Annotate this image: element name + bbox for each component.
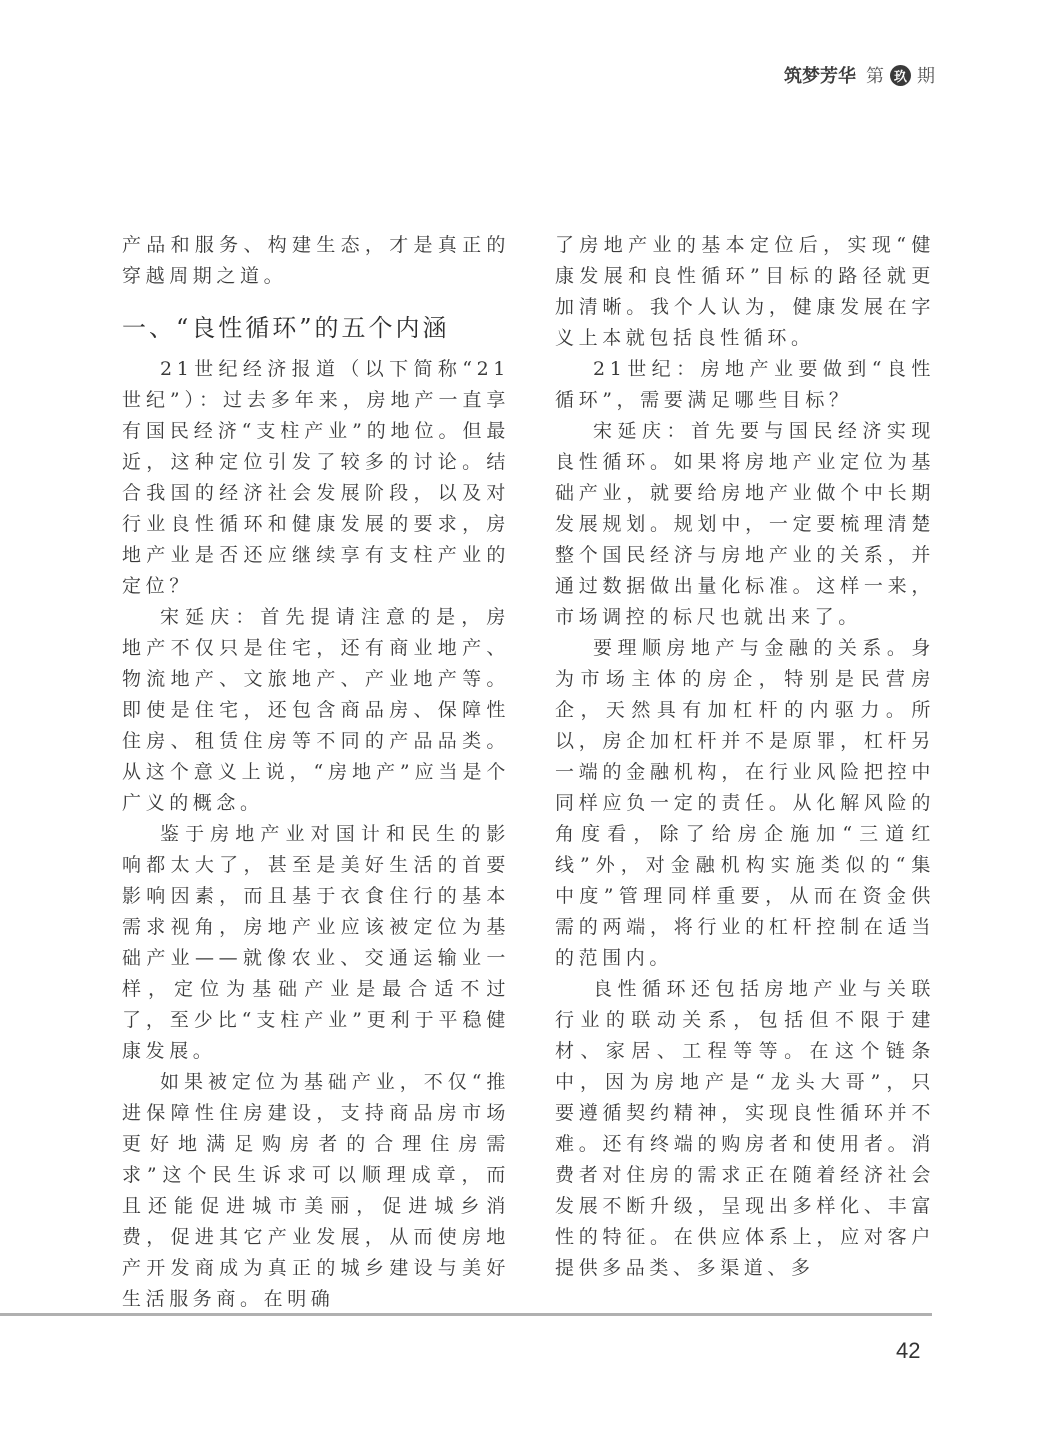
right-column: 了房地产业的基本定位后，实现“健康发展和良性循环”目标的路径就更加清晰。我个人认… <box>555 230 935 1284</box>
left-column: 产品和服务、构建生态，才是真正的穿越周期之道。 一、“良性循环”的五个内涵 21… <box>122 230 510 1315</box>
issue-suffix: 期 <box>917 62 935 88</box>
paragraph: 了房地产业的基本定位后，实现“健康发展和良性循环”目标的路径就更加清晰。我个人认… <box>555 230 935 354</box>
issue-prefix: 第 <box>866 62 884 88</box>
paragraph: 鉴于房地产业对国计和民生的影响都太大了，甚至是美好生活的首要影响因素，而且基于衣… <box>122 819 510 1067</box>
paragraph: 良性循环还包括房地产业与关联行业的联动关系，包括但不限于建材、家居、工程等等。在… <box>555 974 935 1284</box>
paragraph: 宋延庆：首先提请注意的是，房地产不仅只是住宅，还有商业地产、物流地产、文旅地产、… <box>122 602 510 819</box>
footer-divider <box>0 1313 932 1316</box>
issue-number-badge: 玖 <box>890 65 911 86</box>
section-heading: 一、“良性循环”的五个内涵 <box>122 308 510 348</box>
paragraph: 要理顺房地产与金融的关系。身为市场主体的房企，特别是民营房企，天然具有加杠杆的内… <box>555 633 935 974</box>
paragraph: 21世纪经济报道（以下简称“21世纪”）：过去多年来，房地产一直享有国民经济“支… <box>122 354 510 602</box>
paragraph: 21世纪：房地产业要做到“良性循环”，需要满足哪些目标？ <box>555 354 935 416</box>
paragraph: 产品和服务、构建生态，才是真正的穿越周期之道。 <box>122 230 510 292</box>
paragraph: 宋延庆：首先要与国民经济实现良性循环。如果将房地产业定位为基础产业，就要给房地产… <box>555 416 935 633</box>
running-header: 筑梦芳华 第 玖 期 <box>784 62 935 88</box>
page-number: 42 <box>896 1338 920 1364</box>
magazine-title: 筑梦芳华 <box>784 62 856 88</box>
paragraph: 如果被定位为基础产业，不仅“推进保障性住房建设，支持商品房市场更好地满足购房者的… <box>122 1067 510 1315</box>
